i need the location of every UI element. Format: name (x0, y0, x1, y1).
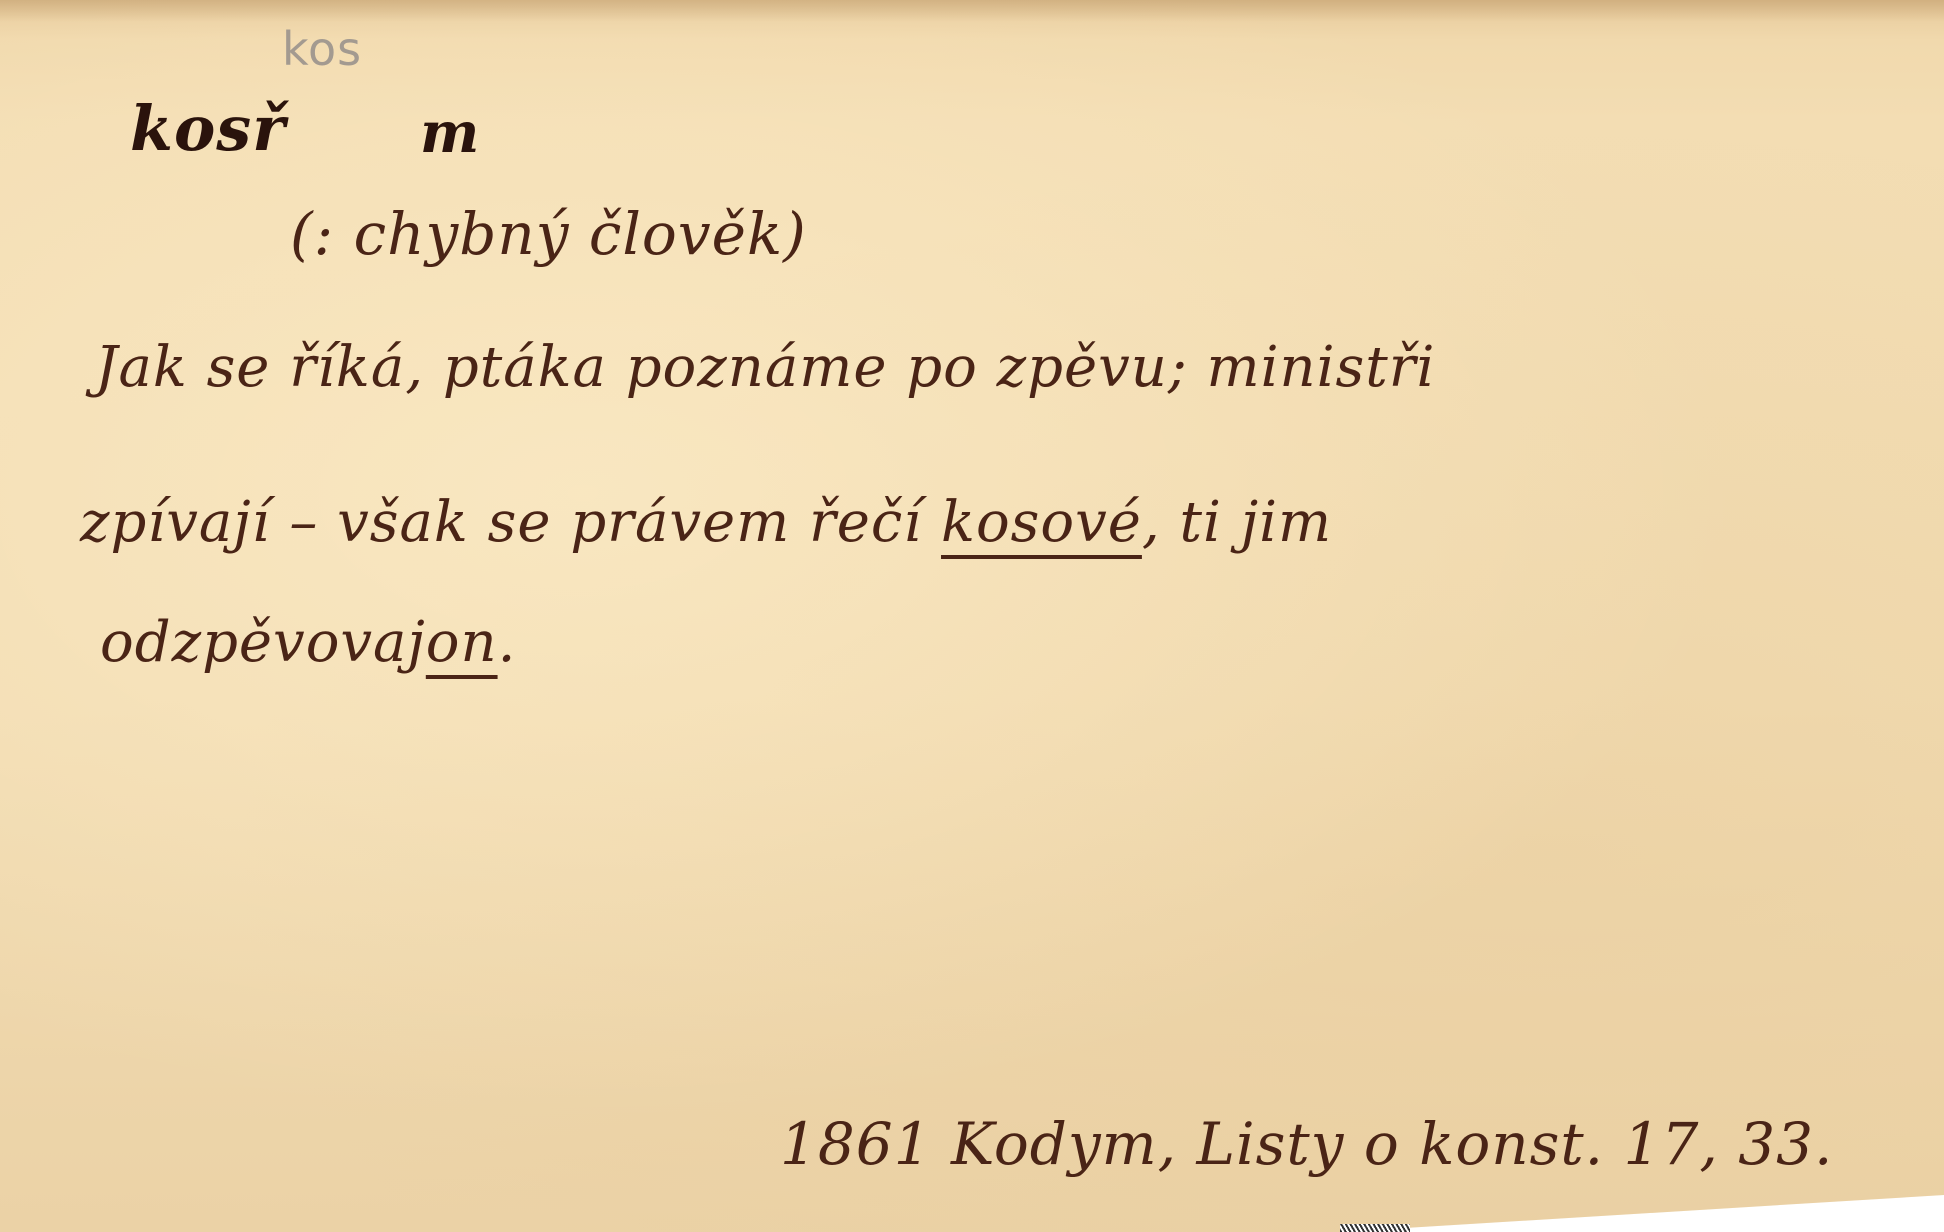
example-line-2: zpívají – však se právem řečí kosové, ti… (80, 490, 1332, 555)
index-card: kos kosř m (: chybný člověk) Jak se říká… (0, 0, 1944, 1232)
pencil-annotation: kos (282, 22, 362, 76)
underlined-word-kosove: kosové (941, 490, 1142, 555)
example-line-3: odzpěvovajon. (100, 610, 516, 675)
example-line-3-start: odzpěvovaj (100, 610, 426, 675)
example-line-2-start: zpívají – však se právem řečí (80, 490, 941, 555)
source-citation: 1861 Kodym, Listy o konst. 17, 33. (780, 1110, 1833, 1178)
example-line-3-period: . (498, 610, 517, 675)
underlined-ending-on: on (426, 610, 498, 675)
example-line-2-end: , ti jim (1142, 490, 1332, 555)
example-line-1: Jak se říká, ptáka poznáme po zpěvu; min… (95, 335, 1435, 400)
grammar-label: m (420, 100, 480, 166)
headword: kosř (130, 92, 286, 165)
scan-edge-marker (1340, 1224, 1410, 1232)
definition: (: chybný člověk) (290, 200, 807, 268)
